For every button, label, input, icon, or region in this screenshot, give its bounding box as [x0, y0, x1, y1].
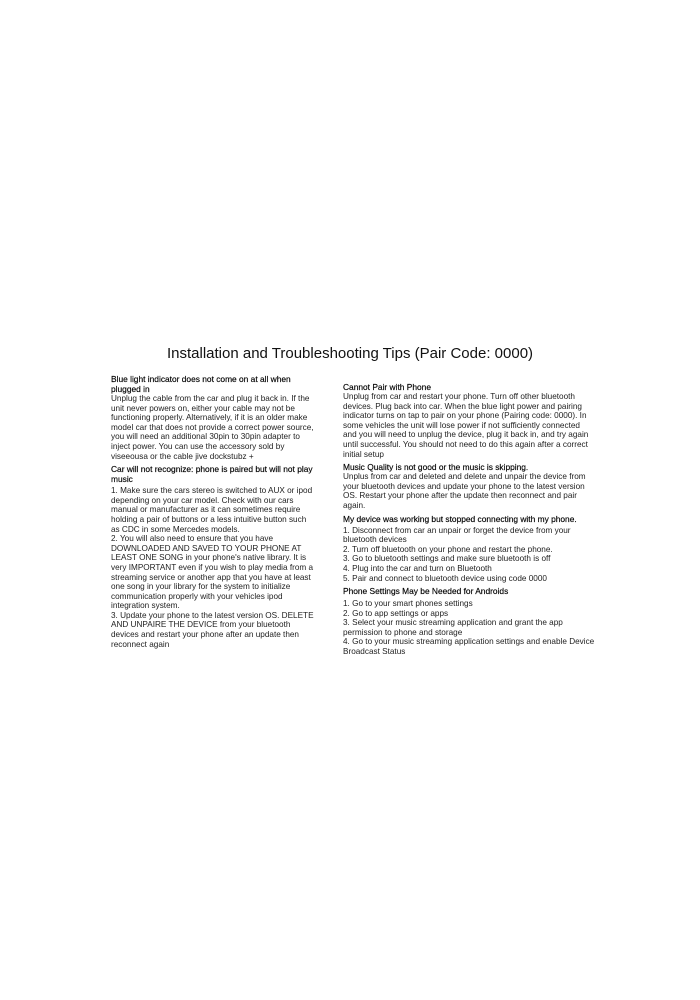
list-item: 2. Turn off bluetooth on your phone and … [343, 545, 595, 555]
section-body: Unplug from car and restart your phone. … [343, 392, 595, 459]
section-heading: Blue light indicator does not come on at… [111, 374, 316, 394]
list-item: 4. Plug into the car and turn on Bluetoo… [343, 564, 595, 574]
list-item: 3. Select your music streaming applicati… [343, 618, 595, 637]
section-heading: Car will not recognize: phone is paired … [111, 464, 316, 484]
section-android-settings: Phone Settings May be Needed for Android… [343, 586, 595, 657]
section-body: Unplug the cable from the car and plug i… [111, 394, 316, 461]
list-item: 3. Go to bluetooth settings and make sur… [343, 554, 595, 564]
list-item: 1. Go to your smart phones settings [343, 599, 595, 609]
right-column: Cannot Pair with Phone Unplug from car a… [343, 382, 595, 660]
list-item: 1. Disconnect from car an unpair or forg… [343, 526, 595, 545]
section-heading: My device was working but stopped connec… [343, 514, 595, 524]
list-item: 4. Go to your music streaming applicatio… [343, 637, 595, 656]
section-car-not-recognize: Car will not recognize: phone is paired … [111, 464, 316, 649]
section-heading: Phone Settings May be Needed for Android… [343, 586, 595, 596]
section-heading: Music Quality is not good or the music i… [343, 462, 595, 472]
page-title: Installation and Troubleshooting Tips (P… [150, 345, 550, 362]
list-item: 2. Go to app settings or apps [343, 609, 595, 619]
section-blue-light: Blue light indicator does not come on at… [111, 374, 316, 461]
section-music-quality: Music Quality is not good or the music i… [343, 462, 595, 510]
left-column: Blue light indicator does not come on at… [111, 374, 316, 652]
list-item: 5. Pair and connect to bluetooth device … [343, 574, 595, 584]
list-item: 3. Update your phone to the latest versi… [111, 611, 316, 649]
section-heading: Cannot Pair with Phone [343, 382, 595, 392]
section-cannot-pair: Cannot Pair with Phone Unplug from car a… [343, 382, 595, 459]
list-item: 1. Make sure the cars stereo is switched… [111, 486, 316, 534]
list-item: 2. You will also need to ensure that you… [111, 534, 316, 611]
section-stopped-connecting: My device was working but stopped connec… [343, 514, 595, 584]
section-body: Unplus from car and deleted and delete a… [343, 472, 595, 510]
